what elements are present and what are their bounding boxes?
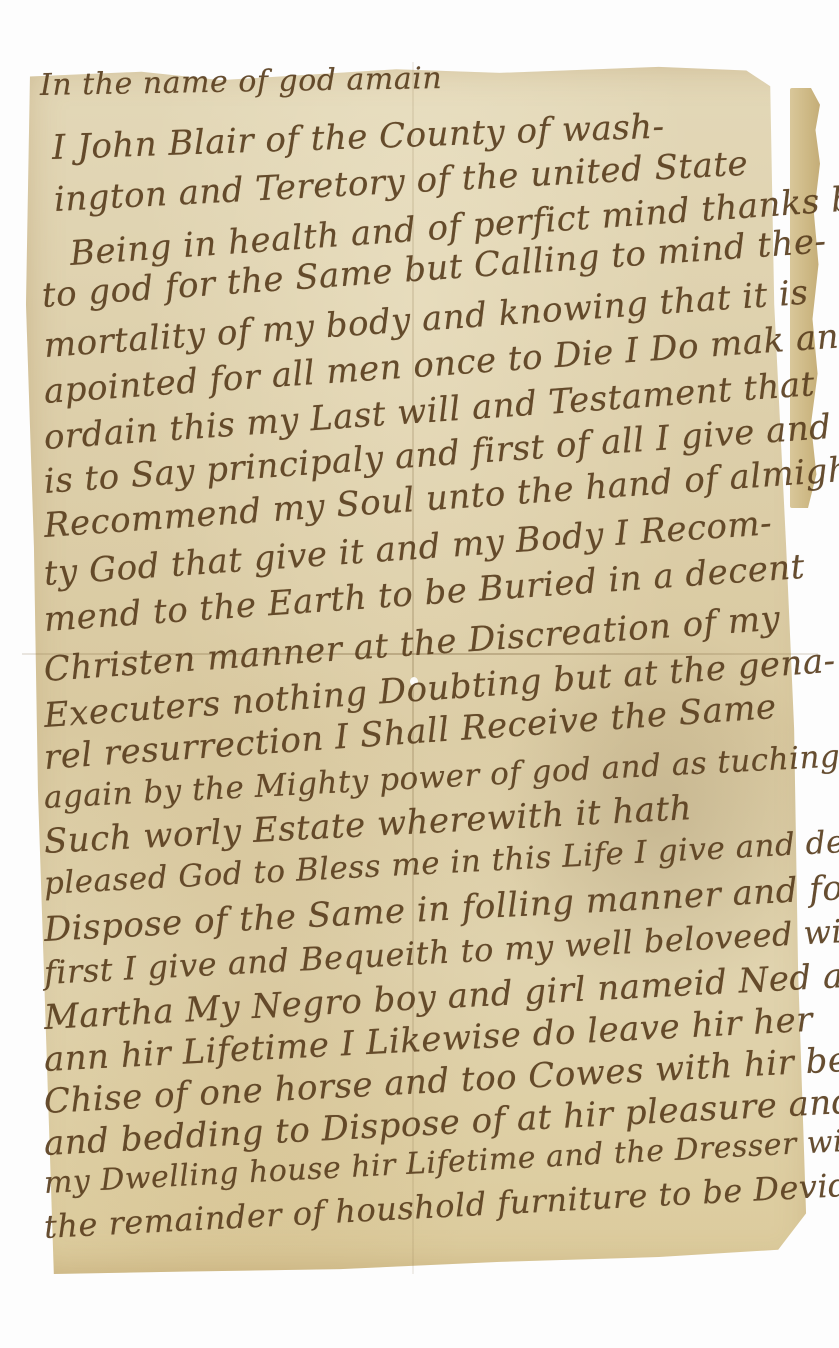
handwritten-text-body-lower	[40, 0, 810, 1348]
